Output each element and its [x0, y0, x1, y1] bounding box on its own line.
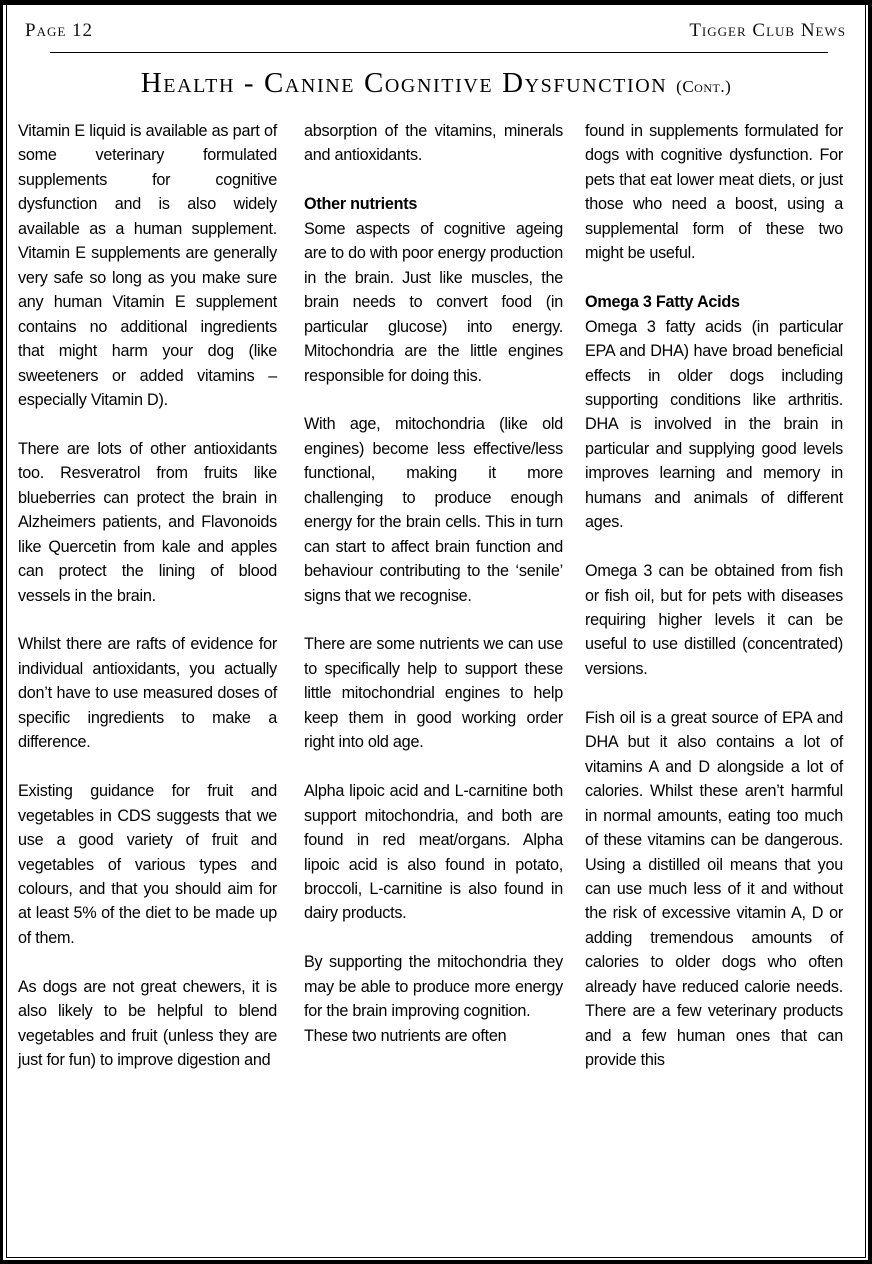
- paragraph: By supporting the mitochondria they may …: [304, 950, 563, 1023]
- paragraph: Alpha lipoic acid and L-carnitine both s…: [304, 779, 563, 926]
- paragraph: Fish oil is a great source of EPA and DH…: [585, 706, 843, 1073]
- paragraph: As dogs are not great chewers, it is als…: [18, 975, 277, 1073]
- paragraph: Omega 3 fatty acids (in particular EPA a…: [585, 315, 843, 535]
- paragraph: Existing guidance for fruit and vegetabl…: [18, 779, 277, 950]
- article-title-text: Health - Canine Cognitive Dysfunction: [141, 67, 668, 99]
- section-heading-other-nutrients: Other nutrients: [304, 192, 563, 216]
- column-1: Vitamin E liquid is available as part of…: [18, 119, 277, 1073]
- paragraph: Omega 3 can be obtained from fish or fis…: [585, 559, 843, 681]
- article-title-suffix: (Cont.): [676, 77, 731, 96]
- paragraph: Some aspects of cognitive ageing are to …: [304, 217, 563, 388]
- publication-name: Tigger Club News: [689, 20, 846, 42]
- paragraph-continued: absorption of the vitamins, minerals and…: [304, 119, 563, 168]
- paragraph: These two nutrients are often: [304, 1024, 563, 1048]
- header-rule: [50, 52, 828, 53]
- article-title: Health - Canine Cognitive Dysfunction (C…: [0, 64, 872, 106]
- section-heading-omega-3: Omega 3 Fatty Acids: [585, 290, 843, 314]
- paragraph: There are lots of other antioxidants too…: [18, 437, 277, 608]
- paragraph: There are some nutrients we can use to s…: [304, 632, 563, 754]
- paragraph: Whilst there are rafts of evidence for i…: [18, 632, 277, 754]
- paragraph-continued: found in supplements formulated for dogs…: [585, 119, 843, 266]
- paragraph: With age, mitochondria (like old engines…: [304, 412, 563, 608]
- page-number: Page 12: [25, 20, 93, 42]
- column-3: found in supplements formulated for dogs…: [585, 119, 843, 1073]
- paragraph: Vitamin E liquid is available as part of…: [18, 119, 277, 412]
- column-2: absorption of the vitamins, minerals and…: [304, 119, 563, 1048]
